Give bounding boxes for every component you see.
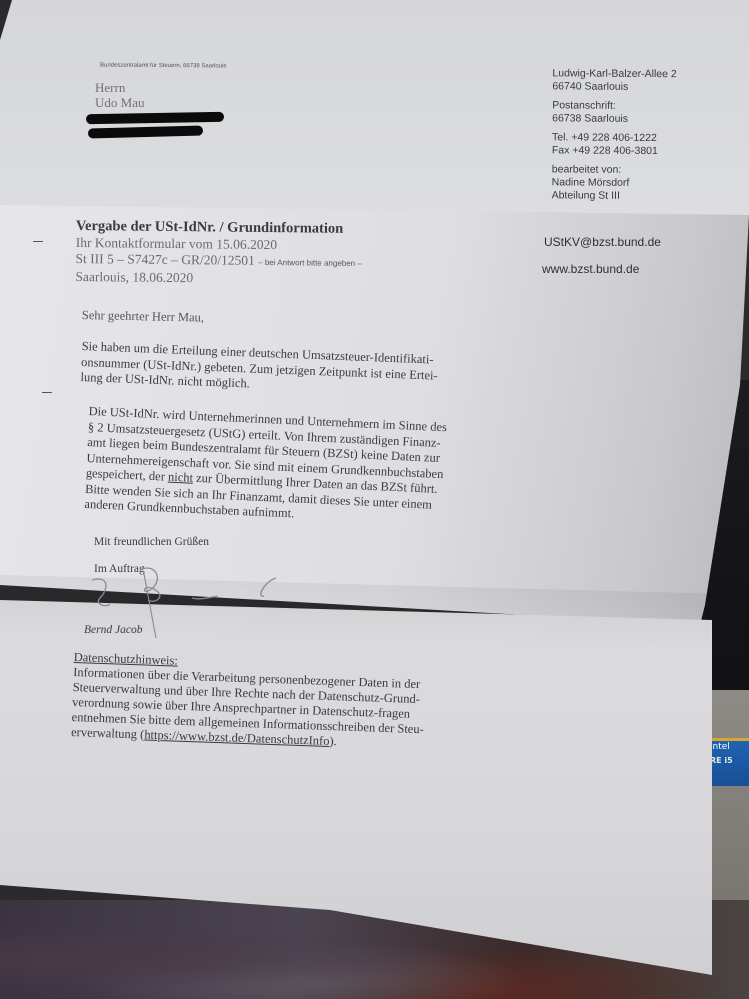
authority-street: Ludwig-Karl-Balzer-Allee 2 <box>552 67 742 81</box>
contact-email[interactable]: UStKV@bzst.bund.de <box>544 235 661 249</box>
letter: Bundeszentralamt für Steuern, 66738 Saar… <box>0 0 749 999</box>
text: ). <box>329 734 337 748</box>
privacy-notice: Datenschutzhinweis: Informationen über d… <box>71 650 494 755</box>
paragraph-1: Sie haben um die Erteilung einer deutsch… <box>80 339 511 402</box>
fax: Fax +49 228 406-3801 <box>552 144 742 158</box>
greeting: Sehr geehrter Herr Mau, <box>82 308 512 333</box>
text: erverwaltung ( <box>71 725 145 742</box>
redaction-bar <box>88 125 203 138</box>
handled-by-label: bearbeitet von: <box>552 163 742 177</box>
subject-block: Vergabe der USt-IdNr. / Grundinformation… <box>75 218 362 288</box>
file-number: St III 5 – S7427c – GR/20/12501 <box>75 251 254 268</box>
sender-return-line: Bundeszentralamt für Steuern, 66738 Saar… <box>100 63 226 70</box>
recipient-salutation: Herrn <box>95 80 144 95</box>
text: gespeichert, der <box>86 466 169 484</box>
authority-info: Ludwig-Karl-Balzer-Allee 2 66740 Saarlou… <box>552 67 743 209</box>
handled-by-name: Nadine Mörsdorf <box>552 176 742 190</box>
closing: Mit freundlichen Grüßen <box>94 535 524 551</box>
place-date: Saarlouis, 18.06.2020 <box>75 269 361 288</box>
telephone: Tel. +49 228 406-1222 <box>552 131 742 145</box>
contact-website[interactable]: www.bzst.bund.de <box>542 262 639 276</box>
emphasized-word: nicht <box>168 470 194 485</box>
authority-city: 66740 Saarlouis <box>552 80 742 94</box>
file-number-note: – bei Antwort bitte angeben – <box>258 258 362 268</box>
department: Abteilung St III <box>552 189 742 203</box>
recipient-name: Udo Mau <box>95 95 144 110</box>
postal-city: 66738 Saarlouis <box>552 112 742 126</box>
redaction-bar <box>86 112 224 124</box>
recipient-block: Herrn Udo Mau <box>95 80 144 110</box>
postal-label: Postanschrift: <box>552 99 742 113</box>
paragraph-2: Die USt-IdNr. wird Unternehmerinnen und … <box>84 404 518 532</box>
signatory-name: Bernd Jacob <box>84 623 514 639</box>
